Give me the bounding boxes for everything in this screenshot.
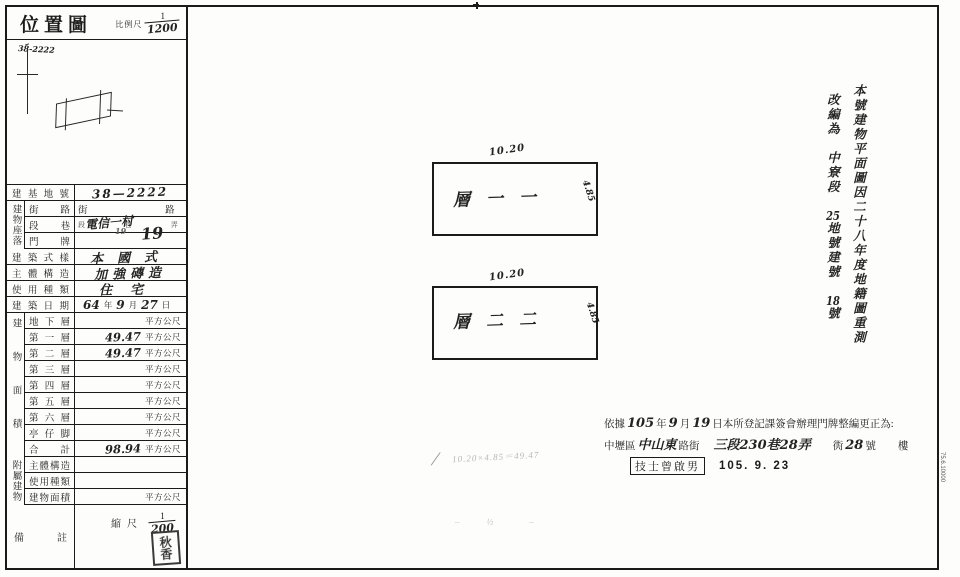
area-unit: 平方公尺 — [145, 491, 183, 503]
lot-number-value: 38—2222 — [92, 184, 169, 201]
area-unit: 平方公尺 — [145, 315, 183, 327]
parcel-divider — [65, 98, 67, 130]
form-print-code: 75.6.10000 — [939, 452, 945, 482]
alley-text: 衖 — [833, 438, 844, 453]
basement-row: 地下層 平方公尺 — [25, 313, 186, 329]
drawing-scale-label: 縮尺 — [111, 512, 143, 530]
correction-text: 月 — [680, 416, 691, 431]
area-unit: 平方公尺 — [145, 411, 183, 423]
area-unit: 平方公尺 — [145, 363, 183, 375]
area-unit: 平方公尺 — [145, 379, 183, 391]
construction-date-row: 建築日期 64 年 9 月 27 日 — [7, 297, 186, 313]
resurvey-note-part: 改編為 — [826, 93, 841, 151]
usage-type-row: 使用種類 住宅 — [7, 281, 186, 297]
location-group-label: 建物座落 — [9, 204, 23, 246]
door-plate-value: 19 — [140, 223, 164, 244]
technician-name-stamp: 技士曾啟男 — [630, 457, 705, 475]
resurvey-building-number: 18 — [826, 294, 841, 307]
floor-area-value: 49.47 — [105, 329, 141, 344]
correction-date-stamp: 105. 9. 23 — [719, 460, 790, 472]
scanned-building-plan-sheet: 位置圖 比例尺 1 1200 38-2222 建基地號 38—2222 — [0, 0, 960, 577]
floor-2-row: 第二層 49.47平方公尺 — [25, 345, 186, 361]
total-label: 合 計 — [29, 442, 70, 456]
annex-area-row: 建物面積 平方公尺 — [25, 489, 186, 505]
pencil-faint-marks: – ½ – — [455, 515, 534, 528]
road-name-value: 中山東 — [638, 434, 677, 453]
floor-label: 第六層 — [29, 410, 70, 424]
annex-building-group: 附屬建物 主體構造 使用種類 建物面積 平方公尺 — [7, 457, 186, 505]
annex-usage-label: 使用種類 — [29, 474, 70, 488]
annex-usage-row: 使用種類 — [25, 473, 186, 489]
building-location-group: 建物座落 街路 街 路 段巷 段 巷 弄 電信一村 19 門牌 19 — [7, 201, 186, 249]
house-number-value: 28 — [845, 438, 863, 453]
map-scale: 比例尺 1 1200 — [115, 12, 180, 35]
registrar-seal: 秋香 — [151, 530, 181, 566]
lot-number-label: 建基地號 — [12, 186, 69, 200]
map-scale-fraction: 1 1200 — [145, 12, 180, 35]
correction-text: 日本所登記課簽會辦理門牌整編更正為: — [712, 416, 893, 431]
floor-area-group: 建物面積 地下層 平方公尺 第一層 49.47平方公尺 第二層 49.47平方公… — [7, 313, 186, 457]
construction-date-label: 建築日期 — [12, 298, 69, 312]
area-unit: 平方公尺 — [145, 395, 183, 407]
annex-group-label: 附屬建物 — [9, 460, 23, 502]
total-area-value: 98.94 — [105, 441, 141, 456]
street-label: 街路 — [29, 202, 70, 216]
building-info-panel: 位置圖 比例尺 1 1200 38-2222 建基地號 38—2222 — [7, 7, 188, 568]
road-centerline — [27, 48, 28, 114]
map-scale-label: 比例尺 — [115, 19, 142, 34]
floor-area-value: 49.47 — [105, 345, 141, 360]
number-text: 號 — [865, 438, 876, 453]
section-lane-label: 段巷 — [29, 218, 70, 232]
annex-area-label: 建物面積 — [29, 490, 70, 504]
area-unit: 平方公尺 — [145, 331, 183, 343]
usage-type-label: 使用種類 — [12, 282, 69, 296]
registrar-seal-text: 秋香 — [157, 535, 176, 560]
section-lane-alley-value: 三段230巷28弄 — [714, 434, 811, 453]
door-plate-label: 門牌 — [29, 234, 70, 248]
correction-line-2: 中壢區 中山東 路街 三段230巷28弄 衖 28 號 樓 — [604, 434, 940, 453]
resurvey-note-part: 號 — [826, 307, 841, 322]
floor-area-group-label: 建物面積 — [9, 318, 23, 452]
parcel-number-note: 38-2222 — [18, 43, 55, 55]
floor-label: 第二層 — [29, 346, 70, 360]
panel-header: 位置圖 比例尺 1 1200 — [7, 7, 186, 40]
road-street-text: 路街 — [679, 438, 700, 453]
location-sketch: 38-2222 — [7, 40, 186, 185]
address-correction-note: 依據 105 年 9 月 19 日本所登記課簽會辦理門牌整編更正為: 中壢區 中… — [604, 416, 940, 475]
annex-structure-row: 主體構造 — [25, 457, 186, 473]
area-unit: 平方公尺 — [145, 347, 183, 359]
resurvey-note-section: 中寮段 — [826, 151, 841, 209]
correction-day-value: 19 — [692, 416, 710, 431]
parcel-divider — [99, 90, 101, 124]
resurvey-note-column-2: 改編為 中寮段 25地號建號 18號 — [826, 93, 839, 321]
floor-1-plan-label: 層一一 — [453, 182, 553, 210]
floor-label: 第五層 — [29, 394, 70, 408]
resurvey-lot-number: 25 — [826, 209, 841, 222]
date-month-unit: 月 — [128, 299, 139, 311]
usage-type-value: 住宅 — [99, 278, 161, 298]
floor-5-row: 第五層 平方公尺 — [25, 393, 186, 409]
district-text: 中壢區 — [604, 438, 636, 453]
date-day-unit: 日 — [161, 299, 172, 311]
correction-text: 年 — [656, 416, 667, 431]
floor-text: 樓 — [898, 438, 909, 453]
floor-2-plan-label: 層二二 — [453, 304, 553, 332]
area-unit: 平方公尺 — [145, 427, 183, 439]
floor-1-row: 第一層 49.47平方公尺 — [25, 329, 186, 345]
correction-text: 依據 — [604, 416, 625, 431]
annex-structure-label: 主體構造 — [29, 458, 70, 472]
total-area-row: 合 計 98.94平方公尺 — [25, 441, 186, 457]
top-edge-tick-mark — [473, 4, 479, 5]
floor-4-row: 第四層 平方公尺 — [25, 377, 186, 393]
date-year-value: 64 — [83, 298, 100, 312]
main-structure-label: 主體構造 — [12, 266, 69, 280]
floor-label: 第一層 — [29, 330, 70, 344]
lot-number-row: 建基地號 38—2222 — [7, 185, 186, 201]
floor-6-row: 第六層 平方公尺 — [25, 409, 186, 425]
area-unit: 平方公尺 — [145, 443, 183, 455]
floor-label: 亭仔脚 — [29, 426, 70, 440]
date-year-unit: 年 — [103, 299, 114, 311]
date-day-value: 27 — [141, 298, 158, 312]
resurvey-note-part: 地號建號 — [826, 222, 841, 295]
resurvey-note-column-1: 本號建物平面圖因二十八年度地籍圖重測 — [852, 84, 865, 345]
floor-label: 地下層 — [29, 314, 70, 328]
remarks-label: 備 註 — [14, 529, 67, 544]
road-crossline — [17, 74, 38, 75]
date-month-value: 9 — [116, 298, 124, 312]
correction-line-1: 依據 105 年 9 月 19 日本所登記課簽會辦理門牌整編更正為: — [604, 416, 940, 431]
floor-3-row: 第三層 平方公尺 — [25, 361, 186, 377]
village-handwritten-value: 電信一村 — [84, 212, 133, 233]
parcel-outline — [55, 92, 112, 129]
page-title: 位置圖 — [20, 10, 92, 37]
arcade-row: 亭仔脚 平方公尺 — [25, 425, 186, 441]
remarks-box: 備 註 縮尺 1 200 秋香 — [7, 505, 186, 568]
floor-label: 第四層 — [29, 378, 70, 392]
correction-month-value: 9 — [669, 416, 678, 431]
correction-year-value: 105 — [627, 416, 654, 431]
floor-label: 第三層 — [29, 362, 70, 376]
correction-line-3: 技士曾啟男 105. 9. 23 — [630, 457, 940, 475]
building-style-label: 建築式樣 — [12, 250, 69, 264]
